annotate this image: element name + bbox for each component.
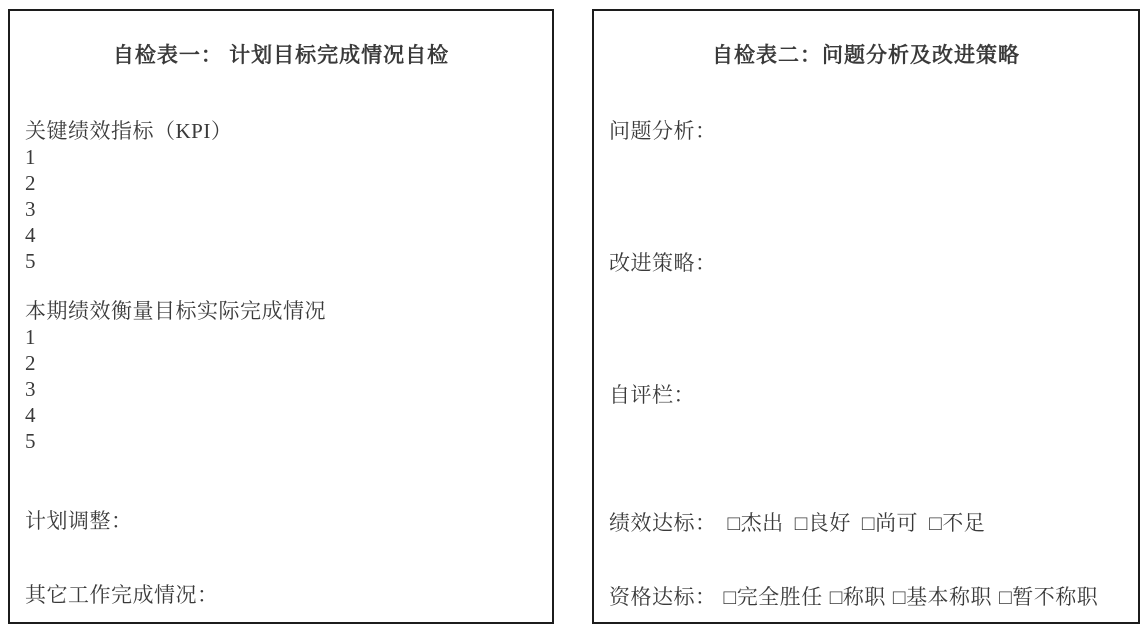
kpi-item: 3 [25,196,546,222]
kpi-heading: 关键绩效指标（KPI） [25,118,546,144]
checkbox-icon: □ [929,511,942,535]
checkbox-icon: □ [999,585,1012,609]
checkbox-icon: □ [830,585,843,609]
kpi-item: 1 [25,144,546,170]
checkbox-icon: □ [795,511,808,535]
actual-item: 2 [25,350,546,376]
self-rating-label: 自评栏： [609,382,1132,408]
rating-option: □称职 [830,585,886,609]
rating-option: □良好 [795,511,851,535]
rating-option-label: 完全胜任 [737,585,823,609]
actual-item: 4 [25,402,546,428]
rating-option-label: 暂不称职 [1012,585,1098,609]
checkbox-icon: □ [862,511,875,535]
qualification-rating-label: 资格达标： [609,585,717,609]
rating-option-label: 杰出 [741,511,784,535]
document-page: { "page": { "background": "#ffffff", "bo… [0,0,1147,632]
actual-completion-heading: 本期绩效衡量目标实际完成情况 [25,298,546,324]
rating-option-label: 良好 [808,511,851,535]
rating-option: □杰出 [728,511,784,535]
qualification-rating-row: 资格达标：□完全胜任□称职□基本称职□暂不称职 [609,584,1132,610]
actual-item: 1 [25,324,546,350]
kpi-item: 2 [25,170,546,196]
right-panel-title: 自检表二：问题分析及改进策略 [594,42,1138,68]
actual-item: 3 [25,376,546,402]
rating-option: □完全胜任 [724,585,823,609]
rating-option: □暂不称职 [999,585,1098,609]
actual-item: 5 [25,428,546,454]
left-panel-title: 自检表一： 计划目标完成情况自检 [10,42,552,68]
performance-rating-label: 绩效达标： [609,511,717,535]
rating-option: □基本称职 [893,585,992,609]
performance-rating-row: 绩效达标：□杰出□良好□尚可□不足 [609,510,1132,536]
rating-option: □尚可 [862,511,918,535]
self-check-table-two: 自检表二：问题分析及改进策略 问题分析： 改进策略： 自评栏： 绩效达标：□杰出… [592,9,1140,624]
rating-option: □不足 [929,511,985,535]
self-check-table-one: 自检表一： 计划目标完成情况自检 关键绩效指标（KPI） 1 2 3 4 5 本… [8,9,554,624]
kpi-item: 5 [25,248,546,274]
checkbox-icon: □ [728,511,741,535]
kpi-item: 4 [25,222,546,248]
rating-option-label: 尚可 [875,511,918,535]
improvement-strategy-label: 改进策略： [609,250,1132,276]
other-work-label: 其它工作完成情况： [25,582,546,608]
rating-option-label: 称职 [843,585,886,609]
checkbox-icon: □ [893,585,906,609]
rating-option-label: 基本称职 [906,585,992,609]
rating-option-label: 不足 [942,511,985,535]
plan-adjustment-label: 计划调整： [25,508,546,534]
checkbox-icon: □ [724,585,737,609]
problem-analysis-label: 问题分析： [609,118,1132,144]
